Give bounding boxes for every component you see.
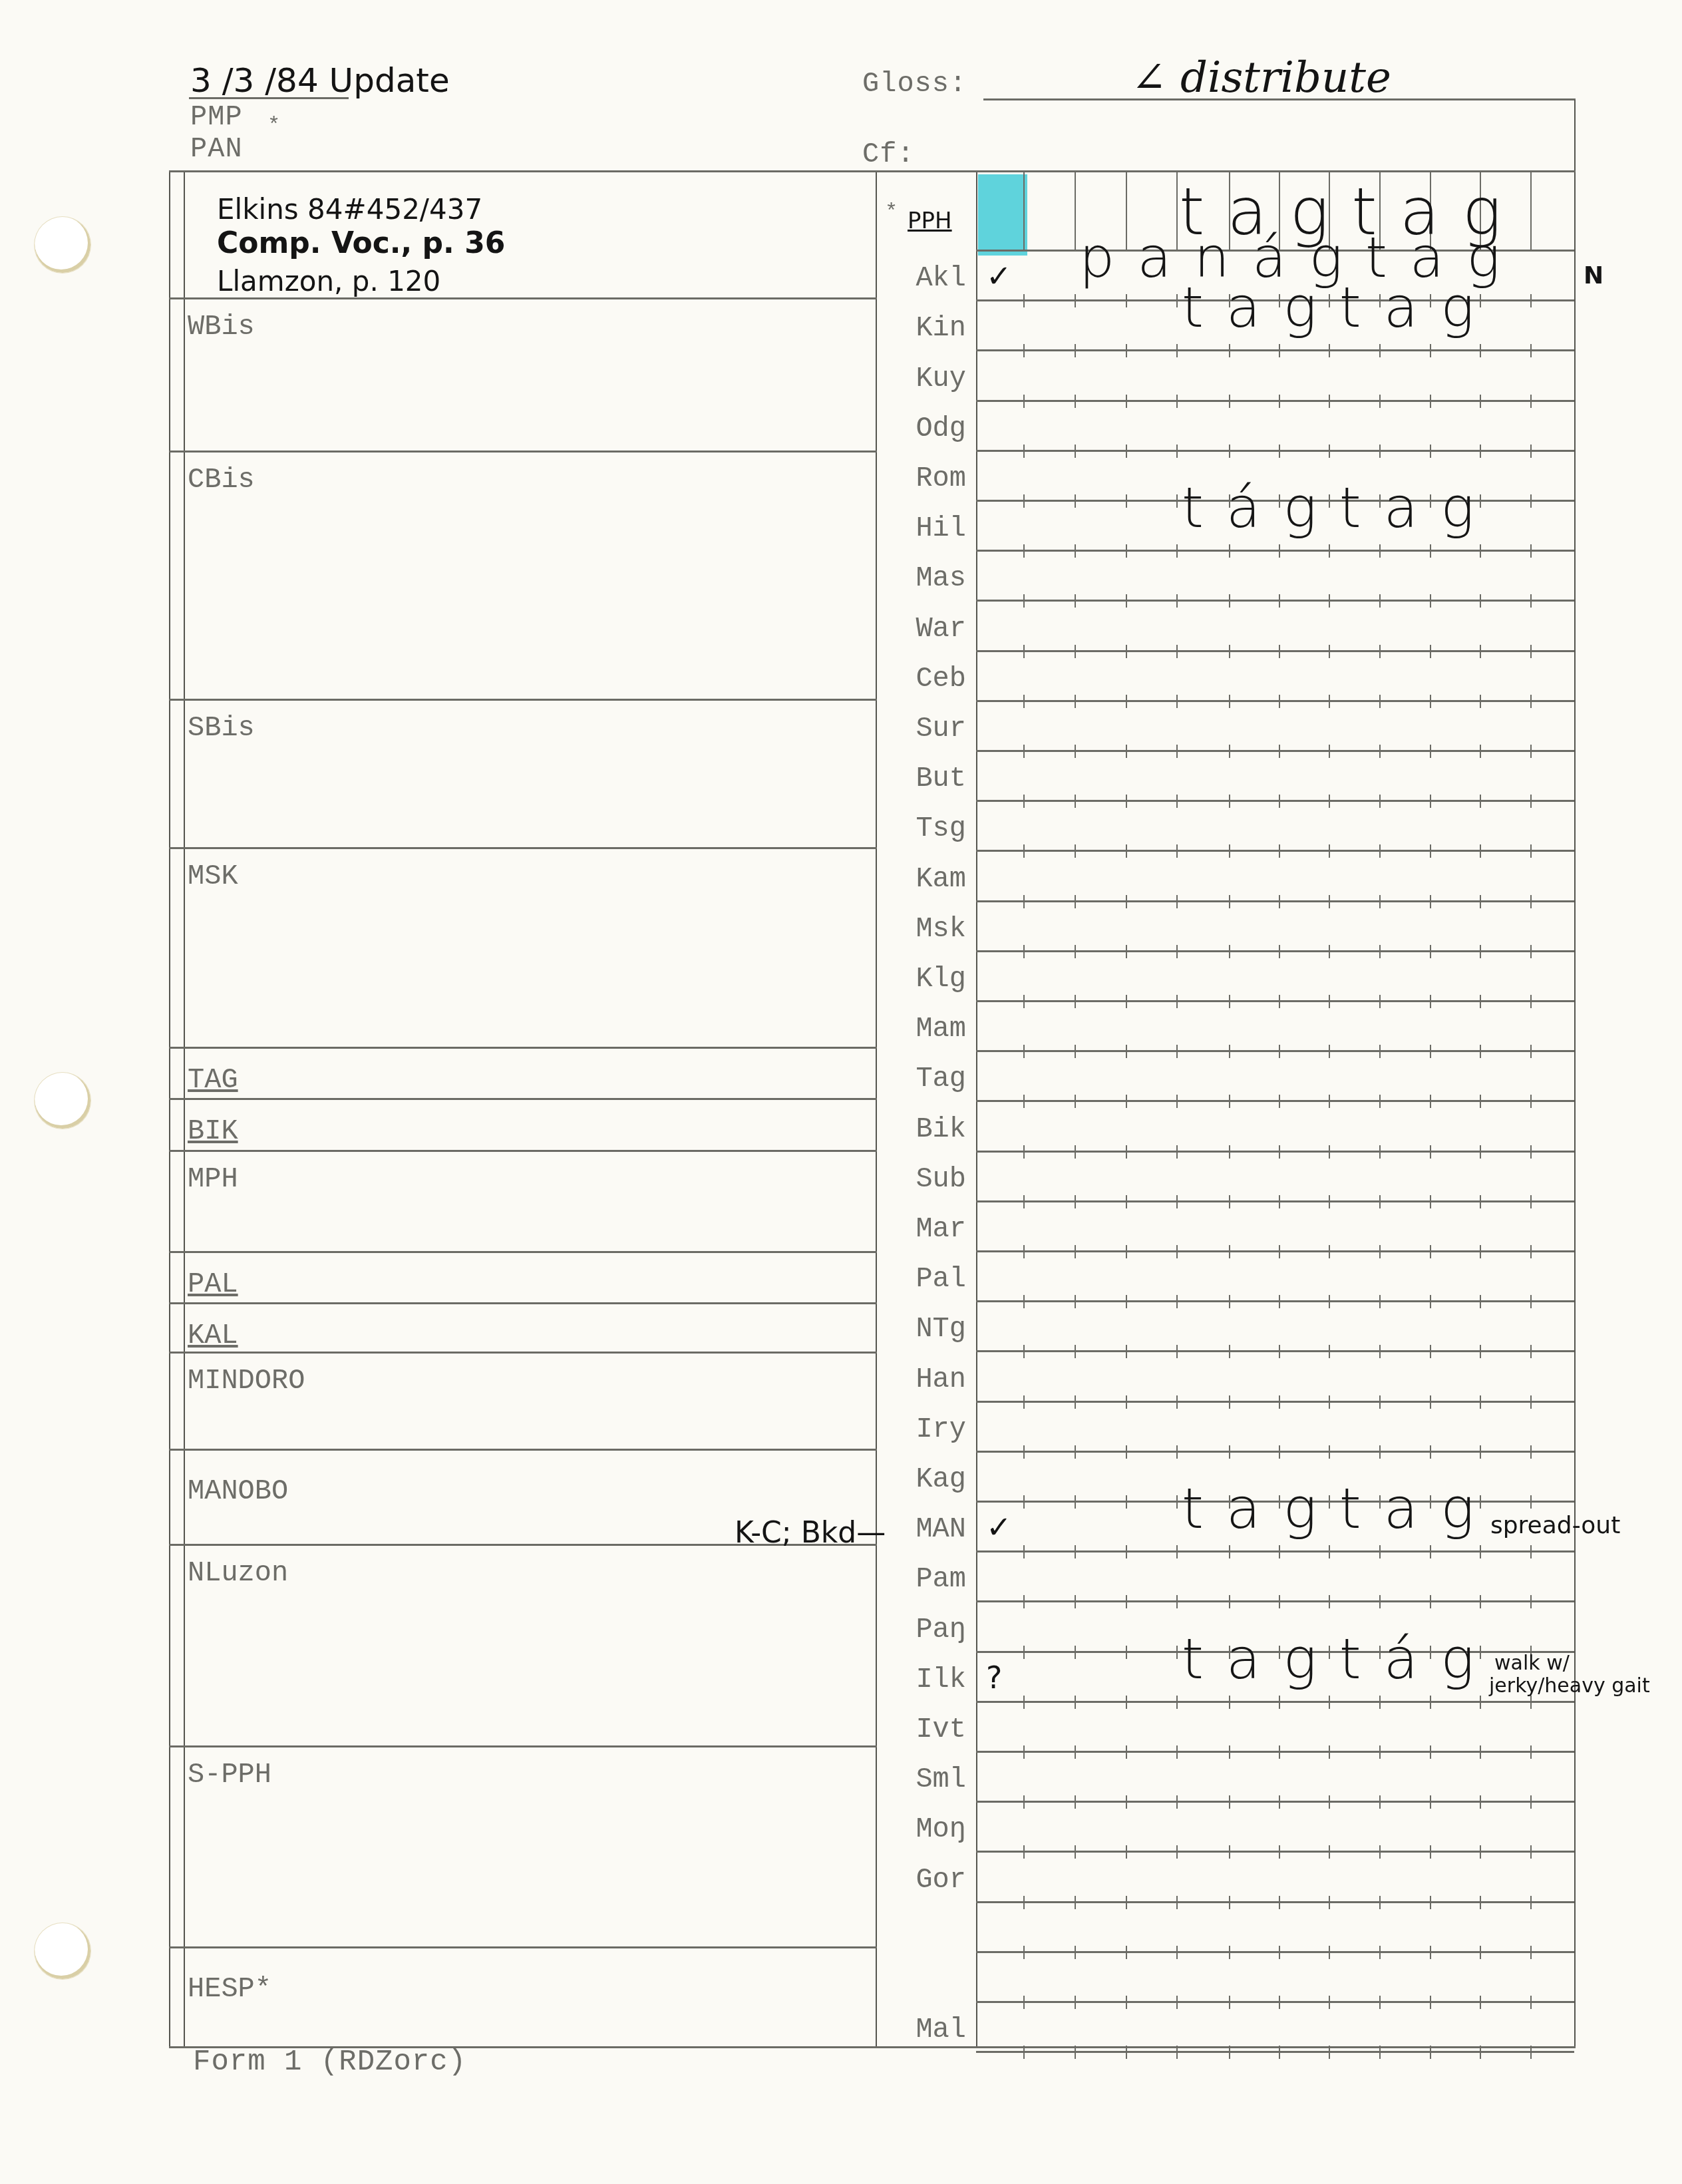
reference-line: Elkins 84#452/437: [217, 193, 482, 226]
row-tick: [1329, 1245, 1330, 1258]
language-code: NTg: [873, 1313, 966, 1345]
language-code: Kag: [873, 1463, 966, 1495]
row-tick: [1075, 594, 1076, 608]
row-tick: [1023, 1045, 1025, 1058]
row-tick: [1530, 544, 1532, 558]
row-tick: [1023, 1195, 1025, 1208]
row-tick: [1530, 1245, 1532, 1258]
row-tick: [1075, 1145, 1076, 1159]
row-tick: [1126, 645, 1127, 658]
row-tick: [1023, 445, 1025, 458]
row-tick: [1279, 695, 1280, 708]
row-tick: [1329, 1595, 1330, 1608]
row-tick: [1379, 1395, 1381, 1409]
row-tick: [1530, 395, 1532, 408]
row-tick: [1430, 1996, 1431, 2009]
row-tick: [1279, 594, 1280, 608]
row-tick: [1075, 1896, 1076, 1909]
reference-line: Comp. Voc., p. 36: [217, 226, 505, 260]
row-tick: [1279, 544, 1280, 558]
row-tick: [1229, 445, 1230, 458]
row-line: [976, 1701, 1574, 1703]
row-tick: [1480, 594, 1481, 608]
language-code: Akl: [873, 262, 966, 294]
row-tick: [1279, 1696, 1280, 1709]
section-divider: [169, 1946, 877, 1948]
row-tick: [1075, 395, 1076, 408]
row-tick: [1430, 1696, 1431, 1709]
row-line: [976, 1151, 1574, 1153]
row-tick: [1329, 895, 1330, 908]
row-tick: [1329, 1845, 1330, 1859]
row-tick: [1480, 844, 1481, 858]
row-tick: [1075, 1345, 1076, 1358]
row-tick: [1229, 1245, 1230, 1258]
row-line: [976, 1100, 1574, 1102]
row-tick: [1329, 1545, 1330, 1558]
row-tick: [1379, 1795, 1381, 1809]
row-tick: [1430, 645, 1431, 658]
row-tick: [1075, 795, 1076, 808]
row-tick: [1126, 695, 1127, 708]
row-tick: [1176, 445, 1178, 458]
row-tick: [1480, 895, 1481, 908]
row-tick: [1329, 544, 1330, 558]
row-tick: [1430, 1195, 1431, 1208]
row-tick: [1229, 1696, 1230, 1709]
row-tick: [1229, 1745, 1230, 1759]
row-tick: [1023, 745, 1025, 758]
row-tick: [1329, 2046, 1330, 2059]
row-tick: [1023, 1745, 1025, 1759]
row-mark: ✓: [986, 1509, 1012, 1545]
row-tick: [1480, 1245, 1481, 1258]
row-tick: [1229, 395, 1230, 408]
section-label: WBis: [188, 311, 255, 343]
row-tick: [1023, 1996, 1025, 2009]
cell-divider: [1075, 172, 1076, 250]
row-tick: [1229, 544, 1230, 558]
section-label: NLuzon: [188, 1557, 288, 1589]
row-tick: [1480, 1045, 1481, 1058]
row-tick: [1480, 995, 1481, 1008]
row-tick: [1480, 1896, 1481, 1909]
language-code: Iry: [873, 1413, 966, 1445]
row-tick: [1176, 895, 1178, 908]
row-tick: [1176, 1445, 1178, 1459]
row-tick: [1530, 1045, 1532, 1058]
row-tick: [1530, 1495, 1532, 1509]
row-line: [976, 1250, 1574, 1252]
row-tick: [1176, 1095, 1178, 1108]
row-line: [976, 1600, 1574, 1602]
row-tick: [1126, 1195, 1127, 1208]
row-mark: ✓: [986, 258, 1012, 294]
row-tick: [1480, 544, 1481, 558]
row-tick: [1379, 1946, 1381, 1959]
row-tick: [1430, 1595, 1431, 1608]
row-tick: [1075, 745, 1076, 758]
row-tick: [1229, 1845, 1230, 1859]
row-tick: [1279, 395, 1280, 408]
row-tick: [1480, 1795, 1481, 1809]
row-tick: [1229, 1095, 1230, 1108]
row-tick: [1379, 1345, 1381, 1358]
row-tick: [1530, 1195, 1532, 1208]
row-tick: [1430, 1795, 1431, 1809]
row-tick: [1126, 445, 1127, 458]
reflex-form: tagtág: [1182, 1626, 1497, 1692]
row-tick: [1075, 1646, 1076, 1659]
row-tick: [1530, 1095, 1532, 1108]
section-label: S-PPH: [188, 1759, 271, 1791]
section-divider: [169, 1047, 877, 1049]
reflex-form: tagtag: [1182, 275, 1497, 340]
section-divider: [169, 1150, 877, 1152]
row-tick: [1229, 745, 1230, 758]
row-tick: [1023, 1545, 1025, 1558]
row-line: [976, 1901, 1574, 1903]
row-tick: [1075, 1545, 1076, 1558]
row-tick: [1430, 344, 1431, 357]
row-tick: [1176, 1495, 1178, 1509]
row-tick: [1530, 594, 1532, 608]
row-tick: [1075, 2046, 1076, 2059]
row-tick: [1379, 695, 1381, 708]
row-line: [976, 550, 1574, 552]
language-code: Ivt: [873, 1714, 966, 1745]
row-tick: [1379, 895, 1381, 908]
row-line: [976, 800, 1574, 802]
frame-right: [1574, 100, 1576, 2048]
row-tick: [1530, 1345, 1532, 1358]
language-code: Odg: [873, 413, 966, 445]
row-tick: [1279, 1845, 1280, 1859]
row-tick: [1126, 1545, 1127, 1558]
row-tick: [1176, 1245, 1178, 1258]
row-tick: [1279, 1996, 1280, 2009]
row-tick: [1279, 1395, 1280, 1409]
row-tick: [1480, 1946, 1481, 1959]
row-tick: [1075, 1696, 1076, 1709]
row-tick: [1329, 1395, 1330, 1409]
row-tick: [1075, 895, 1076, 908]
row-tick: [1075, 1095, 1076, 1108]
row-tick: [1023, 1696, 1025, 1709]
row-tick: [1379, 1545, 1381, 1558]
row-tick: [1430, 1245, 1431, 1258]
row-tick: [1126, 1696, 1127, 1709]
row-tick: [1229, 895, 1230, 908]
row-tick: [1379, 1996, 1381, 2009]
row-tick: [1480, 1696, 1481, 1709]
row-tick: [1329, 395, 1330, 408]
row-tick: [1176, 1045, 1178, 1058]
language-code: Pam: [873, 1563, 966, 1595]
row-line: [976, 1801, 1574, 1803]
row-tick: [1176, 995, 1178, 1008]
row-tick: [1279, 1095, 1280, 1108]
reflex-form: tagtag: [1182, 1476, 1497, 1541]
row-tick: [1023, 1946, 1025, 1959]
row-tick: [1530, 745, 1532, 758]
row-tick: [1379, 1696, 1381, 1709]
section-divider: [169, 297, 877, 299]
row-tick: [1329, 1345, 1330, 1358]
row-tick: [1379, 1745, 1381, 1759]
row-tick: [1075, 1996, 1076, 2009]
row-tick: [1480, 1845, 1481, 1859]
cell-divider: [1530, 172, 1532, 250]
row-tick: [1229, 795, 1230, 808]
row-tick: [1480, 645, 1481, 658]
row-tick: [1430, 1845, 1431, 1859]
pmp-label: PMP: [190, 101, 243, 133]
row-line: [976, 1550, 1574, 1552]
row-tick: [1023, 1495, 1025, 1509]
gloss-note: jerky/heavy gait: [1489, 1674, 1650, 1698]
row-tick: [1126, 1345, 1127, 1358]
section-divider: [169, 1251, 877, 1253]
row-tick: [1430, 1095, 1431, 1108]
row-tick: [1530, 1595, 1532, 1608]
row-tick: [1126, 1445, 1127, 1459]
row-tick: [1430, 795, 1431, 808]
row-tick: [1430, 1295, 1431, 1308]
row-line: [976, 1451, 1574, 1453]
row-tick: [1229, 844, 1230, 858]
row-tick: [1379, 1445, 1381, 1459]
row-tick: [1480, 745, 1481, 758]
row-tick: [1126, 1646, 1127, 1659]
row-tick: [1329, 445, 1330, 458]
row-tick: [1430, 395, 1431, 408]
language-code: MAN: [873, 1513, 966, 1545]
row-tick: [1329, 1946, 1330, 1959]
row-tick: [1329, 795, 1330, 808]
row-tick: [1023, 494, 1025, 508]
section-divider: [169, 1302, 877, 1304]
row-tick: [1126, 844, 1127, 858]
row-tick: [1279, 1745, 1280, 1759]
row-tick: [1329, 1145, 1330, 1159]
pmp-star: *: [267, 113, 281, 138]
row-tick: [1126, 594, 1127, 608]
section-divider: [169, 1098, 877, 1100]
language-code: Tsg: [873, 813, 966, 844]
row-tick: [1279, 344, 1280, 357]
row-line: [976, 400, 1574, 402]
row-tick: [1075, 645, 1076, 658]
section-label: MINDORO: [188, 1365, 305, 1397]
section-label: MPH: [188, 1163, 238, 1195]
row-tick: [1023, 995, 1025, 1008]
row-tick: [1023, 1845, 1025, 1859]
row-tick: [1279, 1145, 1280, 1159]
row-tick: [1229, 695, 1230, 708]
row-tick: [1176, 344, 1178, 357]
row-tick: [1379, 945, 1381, 958]
language-code: Mar: [873, 1213, 966, 1245]
row-tick: [1126, 895, 1127, 908]
row-tick: [1023, 795, 1025, 808]
row-tick: [1430, 445, 1431, 458]
row-tick: [1075, 1445, 1076, 1459]
row-tick: [1229, 1946, 1230, 1959]
row-tick: [1329, 594, 1330, 608]
row-tick: [1023, 1595, 1025, 1608]
row-tick: [1530, 1845, 1532, 1859]
row-tick: [1279, 1045, 1280, 1058]
row-tick: [1126, 2046, 1127, 2059]
row-tick: [1176, 1345, 1178, 1358]
row-tick: [1530, 1745, 1532, 1759]
row-line: [976, 1851, 1574, 1853]
row-tick: [1126, 995, 1127, 1008]
binder-hole-top: [35, 217, 90, 273]
row-line: [976, 1350, 1574, 1352]
row-mark: ?: [986, 1660, 1002, 1696]
row-line: [976, 1300, 1574, 1302]
row-tick: [1530, 1795, 1532, 1809]
row-tick: [1379, 745, 1381, 758]
row-tick: [1075, 1946, 1076, 1959]
language-code: Han: [873, 1364, 966, 1395]
row-tick: [1176, 544, 1178, 558]
row-tick: [1176, 795, 1178, 808]
row-tick: [1530, 995, 1532, 1008]
row-tick: [1530, 1946, 1532, 1959]
row-tick: [1023, 1245, 1025, 1258]
row-tick: [1229, 1445, 1230, 1459]
frame-mid-right: [976, 170, 977, 2048]
row-tick: [1530, 1545, 1532, 1558]
row-tick: [1430, 2046, 1431, 2059]
language-code: Bik: [873, 1113, 966, 1145]
highlight-marker: [978, 174, 1027, 256]
row-tick: [1126, 1996, 1127, 2009]
row-tick: [1176, 645, 1178, 658]
row-tick: [1075, 1495, 1076, 1509]
row-tick: [1430, 544, 1431, 558]
language-code: Sur: [873, 713, 966, 745]
row-line: [976, 900, 1574, 902]
row-tick: [1075, 1195, 1076, 1208]
row-tick: [1379, 594, 1381, 608]
row-tick: [1176, 395, 1178, 408]
row-tick: [1379, 395, 1381, 408]
row-tick: [1530, 844, 1532, 858]
row-tick: [1530, 1896, 1532, 1909]
row-tick: [1075, 445, 1076, 458]
row-tick: [1075, 995, 1076, 1008]
binder-hole-middle: [35, 1073, 90, 1129]
row-tick: [1126, 1145, 1127, 1159]
row-tick: [1023, 1445, 1025, 1459]
row-tick: [1329, 945, 1330, 958]
cell-divider: [1023, 172, 1025, 250]
row-tick: [1430, 1345, 1431, 1358]
row-tick: [1279, 1295, 1280, 1308]
row-tick: [1075, 294, 1076, 307]
row-tick: [1023, 2046, 1025, 2059]
row-tick: [1023, 1345, 1025, 1358]
row-tick: [1379, 1245, 1381, 1258]
row-tick: [1379, 1095, 1381, 1108]
language-code: Tag: [873, 1063, 966, 1095]
section-divider: [169, 1449, 877, 1451]
row-tick: [1530, 294, 1532, 307]
gloss-label: Gloss:: [862, 68, 967, 100]
row-tick: [1480, 1595, 1481, 1608]
language-code: Moŋ: [873, 1813, 966, 1845]
row-tick: [1480, 1295, 1481, 1308]
row-tick: [1126, 544, 1127, 558]
row-tick: [1229, 1595, 1230, 1608]
row-tick: [1229, 1345, 1230, 1358]
row-line: [976, 1200, 1574, 1202]
row-tick: [1176, 695, 1178, 708]
row-tick: [1229, 945, 1230, 958]
row-tick: [1075, 844, 1076, 858]
row-tick: [1126, 1896, 1127, 1909]
row-tick: [1530, 445, 1532, 458]
row-tick: [1229, 1045, 1230, 1058]
row-tick: [1229, 1145, 1230, 1159]
row-tick: [1279, 1595, 1280, 1608]
section-divider: [169, 1745, 877, 1747]
row-tick: [1023, 645, 1025, 658]
language-code: Ceb: [873, 663, 966, 695]
section-label: PAL: [188, 1268, 238, 1300]
row-tick: [1176, 1946, 1178, 1959]
row-tick: [1379, 1595, 1381, 1608]
row-tick: [1075, 1795, 1076, 1809]
row-tick: [1279, 844, 1280, 858]
row-tick: [1530, 895, 1532, 908]
frame-top: [169, 170, 1576, 172]
language-code: Msk: [873, 913, 966, 945]
row-tick: [1075, 544, 1076, 558]
row-tick: [1126, 795, 1127, 808]
row-tick: [1329, 1896, 1330, 1909]
row-tick: [1430, 1045, 1431, 1058]
binder-hole-bottom: [35, 1923, 90, 1979]
language-code: Rom: [873, 462, 966, 494]
row-tick: [1530, 1145, 1532, 1159]
row-tick: [1379, 344, 1381, 357]
section-label: MSK: [188, 860, 238, 892]
row-tick: [1176, 1395, 1178, 1409]
row-tick: [1329, 1795, 1330, 1809]
row-tick: [1229, 1395, 1230, 1409]
section-divider: [169, 699, 877, 701]
row-tick: [1480, 1996, 1481, 2009]
row-tick: [1329, 695, 1330, 708]
row-tick: [1176, 494, 1178, 508]
row-tick: [1430, 1896, 1431, 1909]
row-tick: [1229, 1195, 1230, 1208]
row-tick: [1023, 294, 1025, 307]
row-tick: [1176, 844, 1178, 858]
manobo-source-note: K-C; Bkd—: [735, 1516, 886, 1550]
row-tick: [1023, 1295, 1025, 1308]
row-tick: [1023, 1145, 1025, 1159]
row-tick: [1279, 945, 1280, 958]
row-tick: [1530, 795, 1532, 808]
row-tick: [1023, 544, 1025, 558]
row-tick: [1379, 844, 1381, 858]
